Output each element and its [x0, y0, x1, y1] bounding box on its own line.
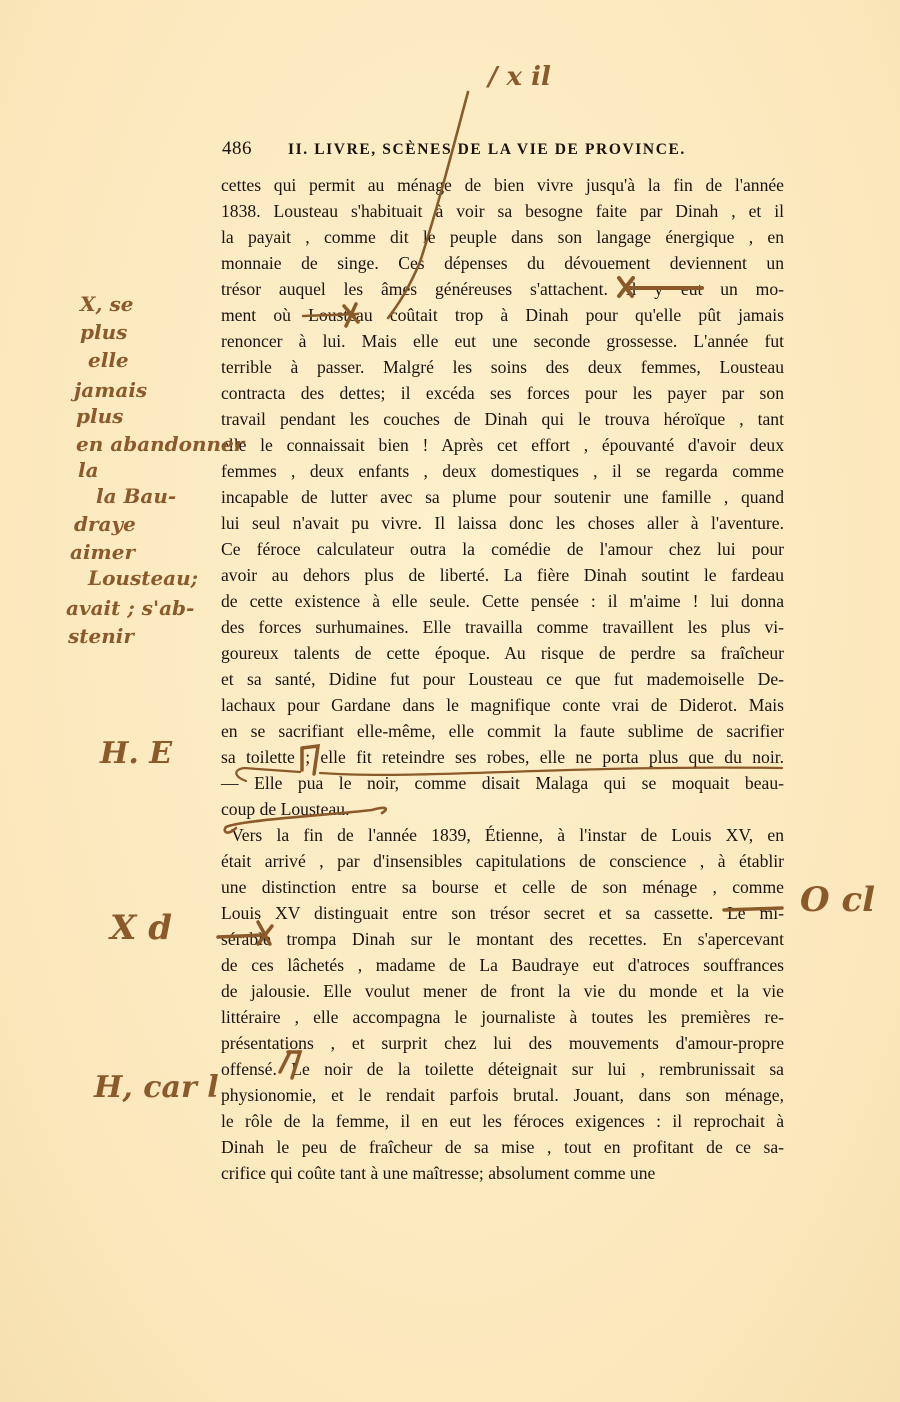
text-line: lachaux pour Gardane dans le magnifique … — [221, 692, 784, 718]
text-line: lui seul n'avait pu vivre. Il laissa don… — [221, 510, 784, 536]
text-line: et sa santé, Didine fut pour Lousteau ce… — [221, 666, 784, 692]
text-line: 1838. Lousteau s'habituait à voir sa bes… — [221, 198, 784, 224]
text-line: cettes qui permit au ménage de bien vivr… — [221, 172, 784, 198]
text-line: la payait , comme dit le peuple dans son… — [221, 224, 784, 250]
text-line: monnaie de singe. Ces dépenses du dévoue… — [221, 250, 784, 276]
text-line: goureux talents de cette époque. Au risq… — [221, 640, 784, 666]
text-line: femmes , deux enfants , deux domestiques… — [221, 458, 784, 484]
text-line: elle le connaissait bien ! Après cet eff… — [221, 432, 784, 458]
text-line: Ce féroce calculateur outra la comédie d… — [221, 536, 784, 562]
text-line: crifice qui coûte tant à une maîtresse; … — [221, 1160, 784, 1186]
text-line: ment où Lousteau coûtait trop à Dinah po… — [221, 302, 784, 328]
text-line: offensé. Le noir de la toilette déteigna… — [221, 1056, 784, 1082]
text-line: physionomie, et le rendait parfois bruta… — [221, 1082, 784, 1108]
text-line: en se sacrifiant elle-même, elle commit … — [221, 718, 784, 744]
text-line: Louis XV distinguait entre son trésor se… — [221, 900, 784, 926]
text-line: Vers la fin de l'année 1839, Étienne, à … — [221, 822, 784, 848]
running-head-title: II. LIVRE, SCÈNES DE LA VIE DE PROVINCE. — [288, 141, 686, 159]
text-line: travail pendant les couches de Dinah qui… — [221, 406, 784, 432]
text-line: renoncer à lui. Mais elle eut une second… — [221, 328, 784, 354]
text-line: avoir au dehors plus de liberté. La fièr… — [221, 562, 784, 588]
text-line: incapable de lutter avec sa plume pour s… — [221, 484, 784, 510]
text-line: une distinction entre sa bourse et celle… — [221, 874, 784, 900]
text-line: trésor auquel les âmes généreuses s'atta… — [221, 276, 784, 302]
text-line: sérable trompa Dinah sur le montant des … — [221, 926, 784, 952]
text-line: des forces surhumaines. Elle travailla c… — [221, 614, 784, 640]
body-text: cettes qui permit au ménage de bien vivr… — [221, 172, 784, 1186]
text-line: le rôle de la femme, il en eut les féroc… — [221, 1108, 784, 1134]
text-line: terrible à passer. Malgré les soins des … — [221, 354, 784, 380]
text-line: — Elle pua le noir, comme disait Malaga … — [221, 770, 784, 796]
text-line: de ces lâchetés , madame de La Baudraye … — [221, 952, 784, 978]
text-line: présentations , et surprit chez lui des … — [221, 1030, 784, 1056]
text-line: littéraire , elle accompagna le journali… — [221, 1004, 784, 1030]
text-line: sa toilette ; elle fit reteindre ses rob… — [221, 744, 784, 770]
page-number: 486 — [222, 138, 252, 160]
text-line: Dinah le peu de fraîcheur de sa mise , t… — [221, 1134, 784, 1160]
text-line: contracta des dettes; il excéda ses forc… — [221, 380, 784, 406]
running-head: 486 II. LIVRE, SCÈNES DE LA VIE DE PROVI… — [222, 138, 782, 164]
text-line: coup de Lousteau. — [221, 796, 784, 822]
text-line: de jalousie. Elle voulut mener de front … — [221, 978, 784, 1004]
text-line: était arrivé , par d'insensibles capitul… — [221, 848, 784, 874]
text-line: de cette existence à elle seule. Cette p… — [221, 588, 784, 614]
